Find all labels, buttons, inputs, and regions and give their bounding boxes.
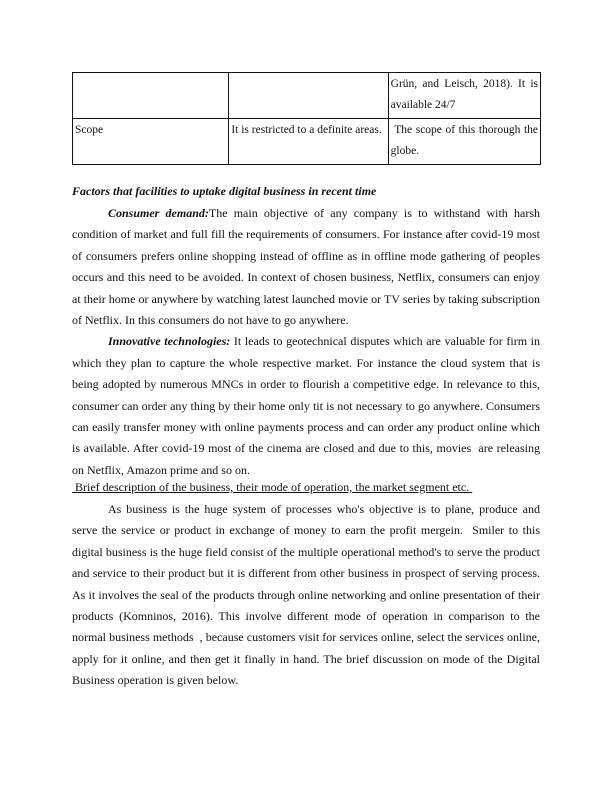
paragraph-innovative-technologies: Innovative technologies: It leads to geo…	[72, 331, 540, 481]
factors-body: Consumer demand:The main objective of an…	[72, 203, 540, 481]
paragraph-consumer-demand: Consumer demand:The main objective of an…	[72, 203, 540, 331]
lead-innovative-technologies: Innovative technologies:	[108, 334, 230, 348]
lead-consumer-demand: Consumer demand:	[108, 206, 209, 220]
document-page: Grün, and Leisch, 2018). It is available…	[0, 0, 612, 792]
table-cell-digital: Grün, and Leisch, 2018). It is available…	[388, 73, 540, 119]
text-innovative-technologies: It leads to geotechnical disputes which …	[72, 334, 543, 476]
table-cell-traditional: It is restricted to a definite areas.	[229, 119, 388, 165]
section-heading-factors: Factors that facilities to uptake digita…	[72, 184, 376, 199]
table-cell-digital: The scope of this thorough the globe.	[388, 119, 540, 165]
comparison-table: Grün, and Leisch, 2018). It is available…	[72, 72, 541, 165]
section-heading-business-description: Brief description of the business, their…	[72, 480, 472, 495]
table-cell-criteria	[73, 73, 229, 119]
text-consumer-demand: The main objective of any company is to …	[72, 206, 540, 327]
paragraph-business-description: As business is the huge system of proces…	[72, 499, 540, 692]
table-row: Grün, and Leisch, 2018). It is available…	[73, 73, 541, 119]
business-description-body: As business is the huge system of proces…	[72, 499, 540, 692]
table-cell-traditional	[229, 73, 388, 119]
table-row: Scope It is restricted to a definite are…	[73, 119, 541, 165]
table-cell-criteria: Scope	[73, 119, 229, 165]
